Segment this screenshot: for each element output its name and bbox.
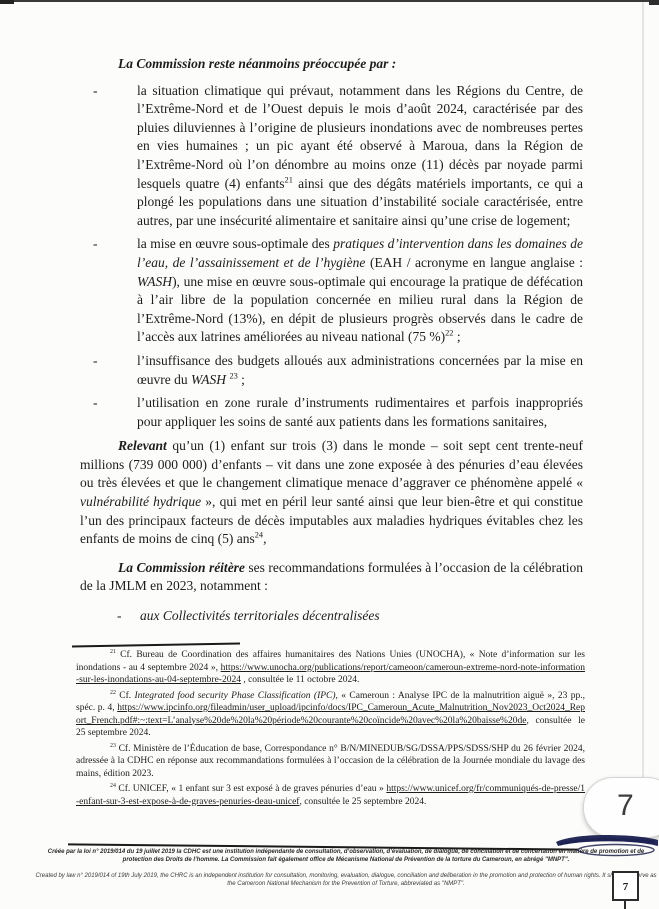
bullet-dash: - xyxy=(93,82,98,101)
bullet-dash: - xyxy=(93,235,98,254)
scan-edge-artifact xyxy=(0,0,659,2)
footnote-ref: 24 xyxy=(255,531,263,540)
list-item: - la situation climatique qui prévaut, n… xyxy=(137,82,583,231)
footnote-ref: 23 xyxy=(229,371,237,380)
footnote-separator xyxy=(72,643,240,648)
bullet-dash: - xyxy=(117,607,122,626)
footnote: 23 Cf. Ministère de l’Éducation de base,… xyxy=(76,743,585,781)
document-body: La Commission reste néanmoins préoccupée… xyxy=(80,55,583,626)
page-number-box: 7 xyxy=(612,871,639,901)
list-item-text: l’insuffisance des budgets alloués aux a… xyxy=(137,352,583,389)
list-item: - la mise en œuvre sous-optimale des pra… xyxy=(137,235,583,347)
paragraph-reitere: La Commission réitère ses recommandation… xyxy=(80,559,583,596)
footnote: 21 Cf. Bureau de Coordination des affair… xyxy=(76,649,585,687)
footnote-ref: 21 xyxy=(285,175,293,184)
section-heading: La Commission reste néanmoins préoccupée… xyxy=(80,55,583,74)
footnote: 22 Cf. Integrated food security Phase Cl… xyxy=(76,690,585,740)
list-item: - l’insuffisance des budgets alloués aux… xyxy=(137,352,583,389)
bullet-dash: - xyxy=(93,394,98,413)
bullet-dash: - xyxy=(93,352,98,371)
scan-corner-artifact xyxy=(649,0,659,5)
scan-corner-artifact xyxy=(0,0,14,4)
sub-list-item: - aux Collectivités territoriales décent… xyxy=(140,607,583,626)
list-item-text: l’utilisation en zone rurale d’instrumen… xyxy=(137,394,583,431)
document-page: La Commission reste néanmoins préoccupée… xyxy=(0,0,659,909)
page-number-large: 7 xyxy=(617,789,634,823)
footer-text-english: Created by law n° 2019/014 of 19th July … xyxy=(34,873,658,888)
footnote-url-link[interactable]: https://www.ipcinfo.org/fileadmin/user_u… xyxy=(76,703,585,726)
page-box-tick xyxy=(624,901,626,909)
list-item-text: la situation climatique qui prévaut, not… xyxy=(137,82,583,231)
footnotes-section: 21 Cf. Bureau de Coordination des affair… xyxy=(76,649,585,811)
paragraph-relevant: Relevant qu’un (1) enfant sur trois (3) … xyxy=(80,437,583,549)
page-number-small: 7 xyxy=(623,881,629,893)
scan-line-artifact xyxy=(642,2,644,838)
footnote: 24 Cf. UNICEF, « 1 enfant sur 3 est expo… xyxy=(76,783,585,808)
pen-scribble-mark xyxy=(554,829,659,859)
list-item-text: la mise en œuvre sous-optimale des prati… xyxy=(137,235,583,347)
sub-list-item-text: aux Collectivités territoriales décentra… xyxy=(140,607,583,626)
list-item: - l’utilisation en zone rurale d’instrum… xyxy=(137,394,583,431)
